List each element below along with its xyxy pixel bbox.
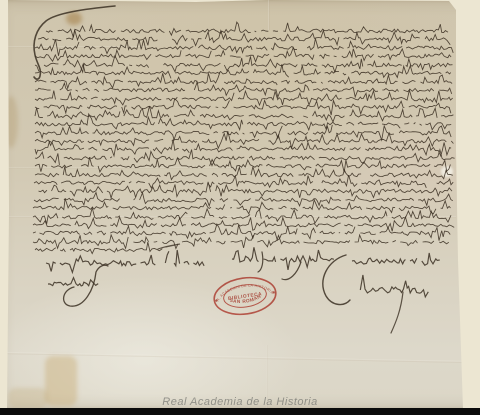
manuscript-text-line xyxy=(35,166,453,179)
bottom-black-bar xyxy=(0,408,480,415)
library-stamp: R. ACADEMIA DE LA HISTORIA SAN ROMÁN BIB… xyxy=(209,273,281,319)
center-signature xyxy=(232,247,334,270)
manuscript-text-line xyxy=(46,22,448,37)
manuscript-text-line xyxy=(38,30,450,46)
manuscript-text-line xyxy=(35,125,451,140)
manuscript-text-line xyxy=(35,90,453,105)
manuscript-text-line xyxy=(35,99,451,115)
manuscript-text-line xyxy=(35,48,451,62)
right-signature-curl xyxy=(323,255,350,305)
watermark-text: Real Academia de la Historia xyxy=(0,396,480,408)
right-signature-line-1 xyxy=(352,253,440,265)
manuscript-text-line xyxy=(33,208,451,224)
manuscript-text-line xyxy=(33,198,451,214)
manuscript-text-line xyxy=(39,182,453,198)
manuscript-text-line xyxy=(33,235,449,249)
left-signature-line-1 xyxy=(46,250,209,272)
body-text-lines xyxy=(33,22,455,254)
manuscript-text-line xyxy=(34,193,453,206)
parchment-sheet xyxy=(0,0,480,409)
manuscript-text-line xyxy=(34,175,453,188)
right-signature-tail xyxy=(391,292,403,333)
manuscript-text-line xyxy=(35,139,451,156)
manuscript-text-line xyxy=(33,217,454,231)
left-signature-line-2 xyxy=(48,278,98,286)
manuscript-scan: R. ACADEMIA DE LA HISTORIA SAN ROMÁN BIB… xyxy=(0,0,480,415)
right-signature-line-2 xyxy=(360,275,428,297)
manuscript-text-line xyxy=(35,150,455,166)
left-signature-curl xyxy=(64,265,108,306)
handwriting-layer xyxy=(0,0,480,415)
top-left-flourish xyxy=(34,6,115,79)
